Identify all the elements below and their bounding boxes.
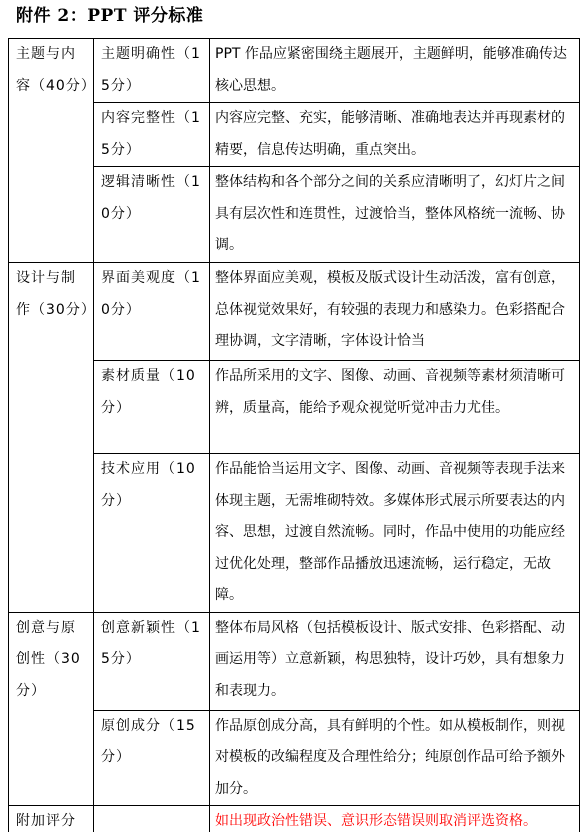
criterion-cell: 逻辑清晰性（10分） [94,167,210,263]
description-cell: 作品所采用的文字、图像、动画、音视频等素材须清晰可辨，质量高，能给予观众视觉听觉… [210,361,580,454]
table-row: 逻辑清晰性（10分） 整体结构和各个部分之间的关系应清晰明了，幻灯片之间具有层次… [9,167,580,263]
table-row: 原创成分（15分） 作品原创成分高，具有鲜明的个性。如从模板制作，则视对模板的改… [9,710,580,806]
table-row: 创意与原创性（30分） 创意新颖性（15分） 整体布局风格（包括模板设计、版式安… [9,612,580,710]
category-cell: 主题与内容（40分） [9,39,94,263]
description-cell: PPT 作品应紧密围绕主题展开，主题鲜明，能够准确传达核心思想。 [210,39,580,103]
criterion-cell: 技术应用（10分） [94,454,210,613]
table-row: 内容完整性（15分） 内容应完整、充实，能够清晰、准确地表达并再现素材的精要，信… [9,103,580,167]
category-cell: 附加评分 [9,806,94,832]
document-title: 附件 2：PPT 评分标准 [16,4,203,28]
description-cell: 整体结构和各个部分之间的关系应清晰明了，幻灯片之间具有层次性和连贯性，过渡恰当，… [210,167,580,263]
criterion-cell: 素材质量（10分） [94,361,210,454]
criterion-cell [94,806,210,832]
category-cell: 设计与制作（30分） [9,263,94,613]
disqualification-note: 如出现政治性错误、意识形态错误则取消评选资格。 [210,806,580,832]
description-cell: 整体布局风格（包括模板设计、版式安排、色彩搭配、动画运用等）立意新颖，构思独特，… [210,612,580,710]
category-cell: 创意与原创性（30分） [9,612,94,806]
table-row: 素材质量（10分） 作品所采用的文字、图像、动画、音视频等素材须清晰可辨，质量高… [9,361,580,454]
description-cell: 整体界面应美观，模板及版式设计生动活泼，富有创意，总体视觉效果好，有较强的表现力… [210,263,580,361]
table-row: 技术应用（10分） 作品能恰当运用文字、图像、动画、音视频等表现手法来体现主题，… [9,454,580,613]
table-row: 设计与制作（30分） 界面美观度（10分） 整体界面应美观，模板及版式设计生动活… [9,263,580,361]
scoring-table: 主题与内容（40分） 主题明确性（15分） PPT 作品应紧密围绕主题展开，主题… [8,38,580,832]
criterion-cell: 主题明确性（15分） [94,39,210,103]
description-cell: 内容应完整、充实，能够清晰、准确地表达并再现素材的精要，信息传达明确，重点突出。 [210,103,580,167]
criterion-cell: 原创成分（15分） [94,710,210,806]
criterion-cell: 内容完整性（15分） [94,103,210,167]
table-row: 主题与内容（40分） 主题明确性（15分） PPT 作品应紧密围绕主题展开，主题… [9,39,580,103]
description-cell: 作品能恰当运用文字、图像、动画、音视频等表现手法来体现主题，无需堆砌特效。多媒体… [210,454,580,613]
criterion-cell: 界面美观度（10分） [94,263,210,361]
description-cell: 作品原创成分高，具有鲜明的个性。如从模板制作，则视对模板的改编程度及合理性给分；… [210,710,580,806]
criterion-cell: 创意新颖性（15分） [94,612,210,710]
table-row: 附加评分 如出现政治性错误、意识形态错误则取消评选资格。 [9,806,580,832]
